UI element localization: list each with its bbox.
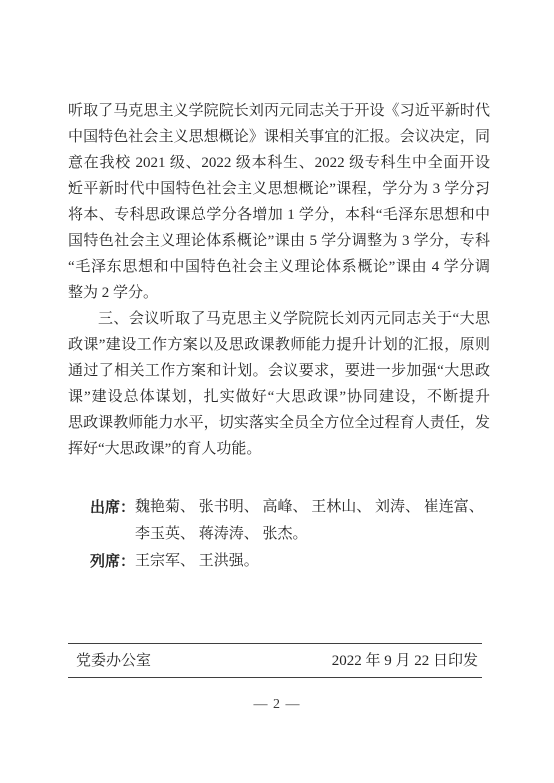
body-line: 思政课教师能力水平，切实落实全员全方位全过程育人责任，发 — [68, 410, 490, 436]
print-date: 2022 年 9 月 22 日印发 — [332, 651, 478, 671]
observers-names: 王宗军、 王洪强。 — [135, 548, 490, 575]
body-line: 政课”建设工作方案以及思政课教师能力提升计划的汇报，原则 — [68, 332, 490, 358]
observers-label: 列席： — [90, 548, 135, 575]
attendees-label: 出席： — [90, 494, 135, 521]
body-line: 将本、专科思政课总学分各增加 1 学分，本科“毛泽东思想和中 — [68, 202, 490, 228]
body-line: “毛泽东思想和中国特色社会主义理论体系概论”课由 4 学分调 — [68, 254, 490, 280]
body-line: 三、会议听取了马克思主义学院院长刘丙元同志关于“大思 — [68, 306, 490, 332]
attendance-block: 出席： 魏艳菊、 张书明、 高峰、 王林山、 刘涛、 崔连富、 李玉英、 蒋涛涛… — [90, 494, 490, 575]
body-line: 整为 2 学分。 — [68, 280, 490, 306]
attendees-row: 出席： 魏艳菊、 张书明、 高峰、 王林山、 刘涛、 崔连富、 李玉英、 蒋涛涛… — [90, 494, 490, 548]
observers-names-line: 王宗军、 王洪强。 — [135, 548, 490, 575]
body-line: 中国特色社会主义思想概论》课相关事宜的汇报。会议决定，同 — [68, 124, 490, 150]
footer-rule-bottom — [68, 677, 482, 678]
body-line: 课”建设总体谋划，扎实做好“大思政课”协同建设，不断提升 — [68, 384, 490, 410]
body-line: 意在我校 2021 级、2022 级本科生、2022 级专科生中全面开设“习 — [68, 150, 490, 176]
observers-row: 列席： 王宗军、 王洪强。 — [90, 548, 490, 575]
meeting-minutes-body: 听取了马克思主义学院院长刘丙元同志关于开设《习近平新时代 中国特色社会主义思想概… — [68, 98, 490, 462]
body-line: 听取了马克思主义学院院长刘丙元同志关于开设《习近平新时代 — [68, 98, 490, 124]
document-page: 听取了马克思主义学院院长刘丙元同志关于开设《习近平新时代 中国特色社会主义思想概… — [0, 0, 554, 783]
body-line: 国特色社会主义理论体系概论”课由 5 学分调整为 3 学分，专科 — [68, 228, 490, 254]
body-line: 近平新时代中国特色社会主义思想概论”课程，学分为 3 学分； — [68, 176, 490, 202]
attendees-names-line: 魏艳菊、 张书明、 高峰、 王林山、 刘涛、 崔连富、 — [135, 494, 490, 521]
body-line: 通过了相关工作方案和计划。会议要求，要进一步加强“大思政 — [68, 358, 490, 384]
footer-row: 党委办公室 2022 年 9 月 22 日印发 — [68, 651, 482, 671]
page-number: — 2 — — [0, 697, 554, 713]
attendees-names: 魏艳菊、 张书明、 高峰、 王林山、 刘涛、 崔连富、 李玉英、 蒋涛涛、 张杰… — [135, 494, 490, 548]
issuing-office: 党委办公室 — [76, 651, 151, 671]
footer-rule-top — [68, 643, 482, 644]
body-line: 挥好“大思政课”的育人功能。 — [68, 436, 490, 462]
attendees-names-line: 李玉英、 蒋涛涛、 张杰。 — [135, 521, 490, 548]
